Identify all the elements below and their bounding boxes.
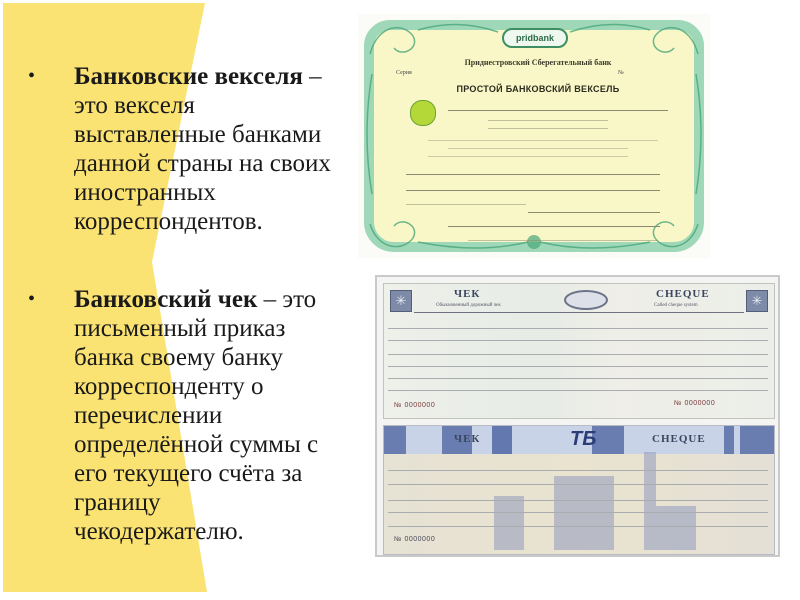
- cheque-field-line: [388, 354, 768, 355]
- cheque-number-left: № 0000000: [394, 536, 435, 543]
- cheque-2: ЧЕК ТБ CHEQUE № 0000000: [383, 425, 775, 555]
- cheque-bank-logo: ТБ: [570, 428, 596, 451]
- cheque-field-line: [388, 512, 768, 513]
- note-field-line: [428, 140, 658, 141]
- note-field-line: [428, 156, 628, 157]
- bullet-paragraph: Банковские векселя – это векселя выставл…: [74, 62, 364, 236]
- note-field-line: [406, 190, 660, 191]
- promissory-note-image: pridbank Приднестровский Сберегательный …: [358, 14, 710, 258]
- building-illustration: [554, 476, 614, 550]
- tower-illustration: [644, 452, 656, 550]
- note-field-line: [468, 240, 658, 241]
- cheque-title-ru: ЧЕК: [454, 288, 480, 300]
- cheque-1: ✳ ✳ ЧЕК Обыкновенный дорожный чек CHEQUE…: [383, 283, 775, 419]
- note-field-line: [448, 226, 660, 227]
- term-bank-cheque: Банковский чек: [74, 286, 257, 313]
- building-illustration: [494, 496, 524, 550]
- note-field-line: [448, 148, 628, 149]
- cheque-field-line: [388, 484, 768, 485]
- note-field-line: [488, 128, 608, 129]
- cheque-number-left: № 0000000: [394, 402, 435, 409]
- note-field-line: [406, 204, 526, 205]
- cheque-title-en: CHEQUE: [656, 288, 710, 300]
- cheque-field-line: [388, 526, 768, 527]
- cheque-subtitle-en: Called cheque system: [654, 303, 698, 308]
- series-label: Серия: [396, 70, 412, 76]
- note-field-line: [488, 120, 608, 121]
- cheque-title-en: CHEQUE: [652, 433, 706, 445]
- bullet-marker: •: [28, 285, 35, 314]
- bank-name: Приднестровский Сберегательный банк: [438, 58, 638, 67]
- cheque-title-ru: ЧЕК: [454, 433, 480, 445]
- cheque-field-line: [388, 390, 768, 391]
- cheque-field-line: [388, 470, 768, 471]
- cheque-field-line: [388, 500, 768, 501]
- number-label: №: [618, 70, 624, 76]
- bank-emblem-icon: [410, 100, 436, 126]
- cheque-seal-icon: [564, 290, 608, 310]
- cheque-field-line: [388, 366, 768, 367]
- cheque-field-line: [388, 328, 768, 329]
- cheque-number-right: № 0000000: [674, 400, 715, 407]
- note-field-line: [406, 174, 660, 175]
- bank-logo: pridbank: [502, 28, 568, 48]
- cheques-image: ✳ ✳ ЧЕК Обыкновенный дорожный чек CHEQUE…: [375, 275, 780, 557]
- cheque-rule: [414, 312, 744, 313]
- cheque-subtitle-ru: Обыкновенный дорожный чек: [436, 303, 501, 308]
- cheque-field-line: [388, 378, 768, 379]
- ornament-border-icon: [358, 14, 710, 258]
- note-field-line: [448, 110, 668, 111]
- bullet-paragraph: Банковский чек – это письменный приказ б…: [74, 285, 364, 546]
- bullet-marker: •: [28, 62, 35, 91]
- note-title: ПРОСТОЙ БАНКОВСКИЙ ВЕКСЕЛЬ: [428, 84, 648, 94]
- cheque-badge-icon: ✳: [746, 290, 768, 312]
- term-bank-bills: Банковские векселя: [74, 63, 303, 90]
- cheque-badge-icon: ✳: [390, 290, 412, 312]
- cheque-field-line: [388, 340, 768, 341]
- note-field-line: [528, 212, 660, 213]
